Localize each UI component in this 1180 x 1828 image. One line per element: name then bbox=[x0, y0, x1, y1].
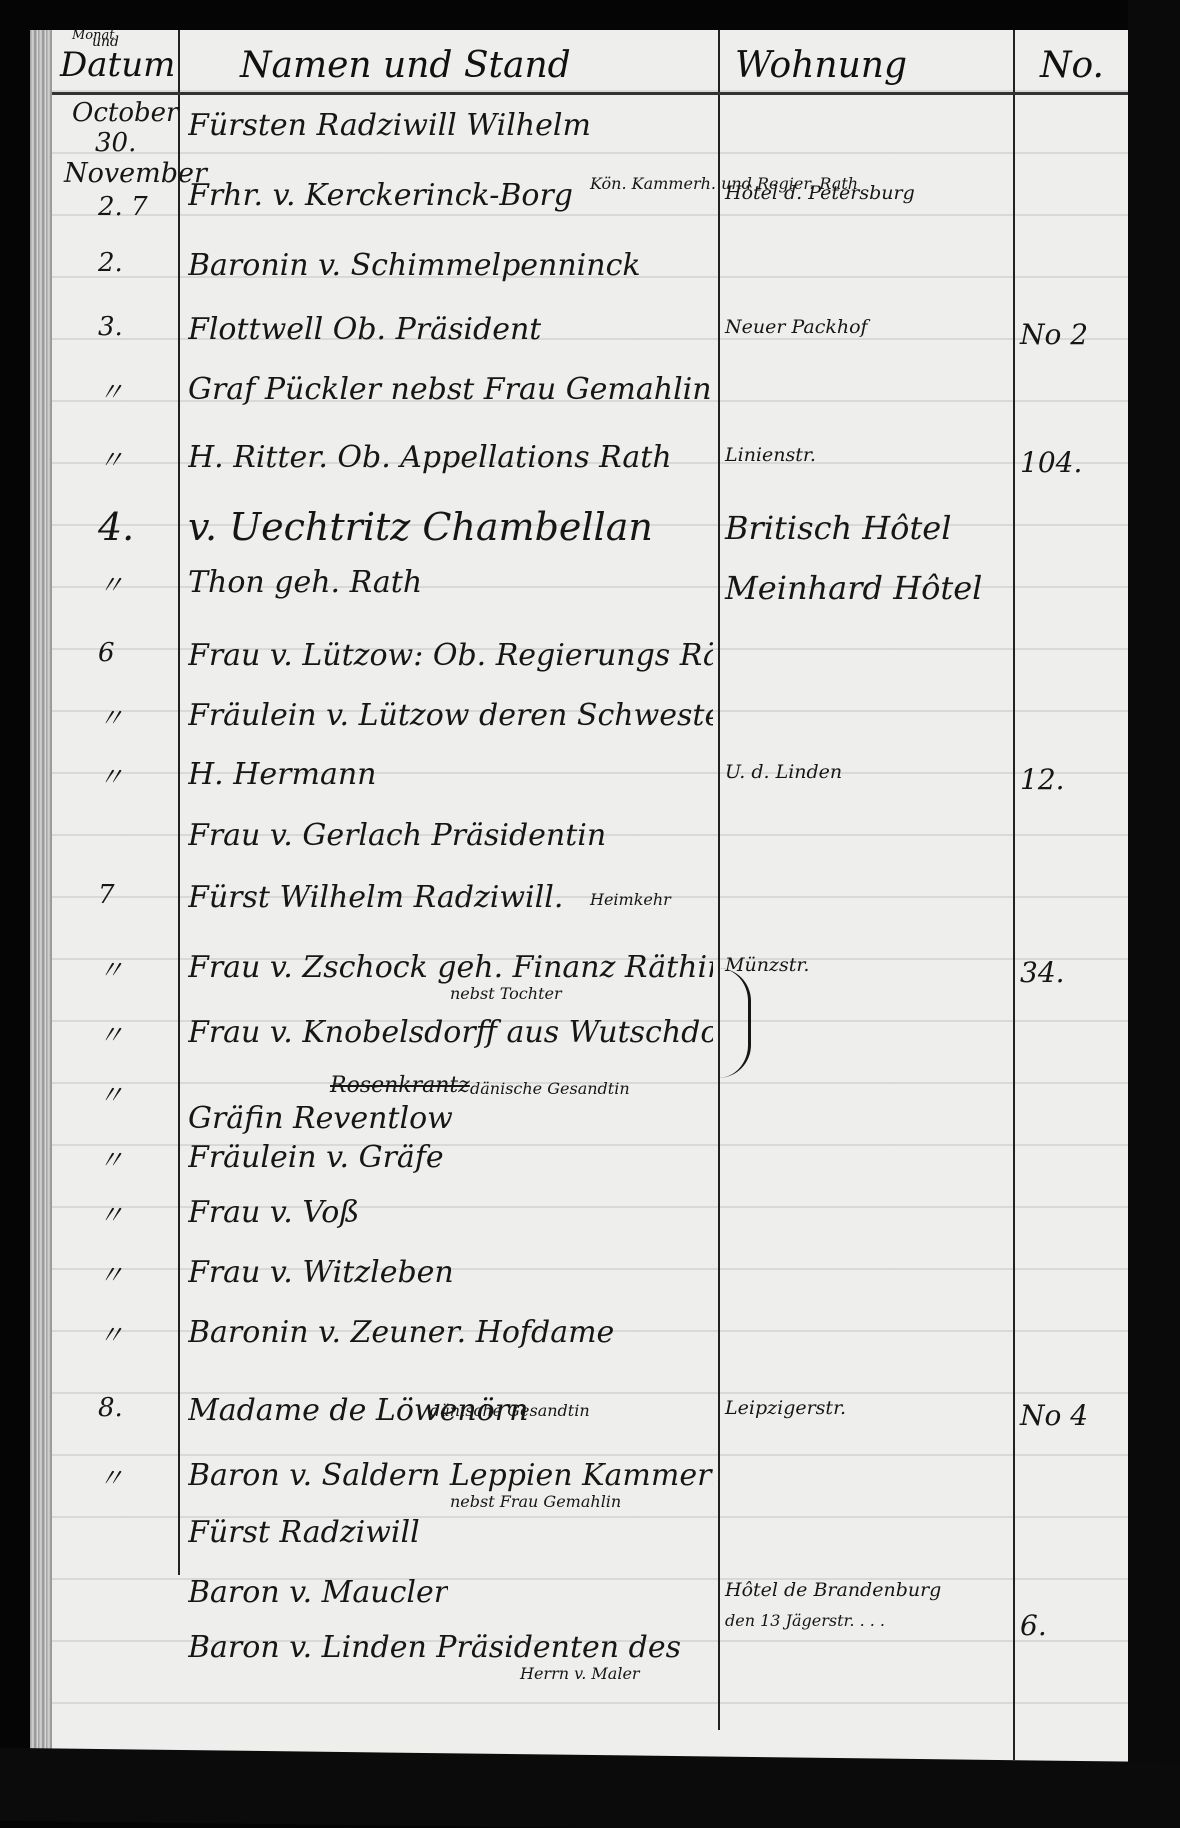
entry-date: 〃 bbox=[98, 1255, 124, 1292]
entry-number: No 2 bbox=[1020, 318, 1088, 351]
column-rule-residence bbox=[1013, 30, 1015, 1760]
month-november: November bbox=[64, 158, 207, 189]
entry-date: 〃 bbox=[98, 1075, 124, 1112]
entry-name: Fürst Wilhelm Radziwill. bbox=[188, 880, 563, 915]
entry-name: Fräulein v. Lützow deren Schwester bbox=[188, 698, 713, 733]
entry-number: No 4 bbox=[1020, 1399, 1088, 1432]
month-october: October bbox=[72, 98, 178, 128]
entry-residence: Britisch Hôtel bbox=[725, 509, 951, 547]
entry-date: 〃 bbox=[98, 698, 124, 735]
entry-date: 4. bbox=[98, 505, 134, 549]
header-date: Datum bbox=[60, 45, 175, 85]
entry-name: Thon geh. Rath bbox=[188, 565, 422, 600]
entry-date: 〃 bbox=[98, 950, 124, 987]
entry-date: 〃 bbox=[98, 565, 124, 602]
header-rule bbox=[52, 92, 1128, 95]
book-spine bbox=[1128, 0, 1180, 1828]
entry-residence-detail: den 13 Jägerstr. . . . bbox=[725, 1611, 885, 1630]
entry-number: 12. bbox=[1020, 763, 1065, 796]
entry-note: dänische Gesandtin bbox=[430, 1401, 590, 1420]
entry-date: 30. bbox=[95, 128, 136, 158]
entry-name: Graf Pückler nebst Frau Gemahlin bbox=[188, 372, 712, 407]
entry-name: Fürst Radziwill bbox=[188, 1515, 420, 1550]
entry-name: v. Uechtritz Chambellan bbox=[188, 505, 653, 549]
entry-date: 7 bbox=[98, 880, 115, 910]
header-number: No. bbox=[1040, 45, 1104, 86]
column-rule-name bbox=[718, 30, 720, 1730]
entry-date: 2. bbox=[98, 248, 123, 278]
page-binding-edge bbox=[30, 30, 52, 1765]
entry-date: 〃 bbox=[98, 440, 124, 477]
entry-residence: Münzstr. bbox=[725, 954, 809, 976]
entry-number: 34. bbox=[1020, 956, 1065, 989]
entry-date: 3. bbox=[98, 312, 123, 342]
entry-name: Frau v. Gerlach Präsidentin bbox=[188, 818, 606, 853]
entry-note: nebst Tochter bbox=[450, 984, 562, 1003]
entry-name: Frau v. Witzleben bbox=[188, 1255, 454, 1290]
entry-name: Baron v. Linden Präsidenten des bbox=[188, 1630, 681, 1665]
grouping-brace bbox=[718, 968, 751, 1078]
header-residence: Wohnung bbox=[735, 45, 907, 86]
entry-name: Gräfin Reventlow bbox=[188, 1101, 453, 1136]
entry-name-struck: Rosenkrantz bbox=[330, 1073, 470, 1098]
entry-date: 〃 bbox=[98, 1458, 124, 1495]
entry-number: 6. bbox=[1020, 1609, 1047, 1642]
entry-residence: Meinhard Hôtel bbox=[725, 569, 982, 607]
entry-name: Flottwell Ob. Präsident bbox=[188, 312, 541, 347]
entry-note: nebst Frau Gemahlin bbox=[450, 1492, 621, 1511]
entry-date: 2. 7 bbox=[98, 192, 148, 222]
entry-date: 〃 bbox=[98, 1140, 124, 1177]
entry-residence: Linienstr. bbox=[725, 444, 816, 466]
page-bottom-shadow bbox=[0, 1748, 1180, 1828]
entry-number: 104. bbox=[1020, 446, 1082, 479]
entry-name: Baron v. Saldern Leppien Kammerherr bbox=[188, 1458, 713, 1493]
entry-date: 〃 bbox=[98, 757, 124, 794]
entry-date: 6 bbox=[98, 638, 115, 668]
entry-residence: U. d. Linden bbox=[725, 761, 842, 783]
header-name: Namen und Stand bbox=[240, 45, 571, 86]
entry-name: H. Hermann bbox=[188, 757, 376, 792]
entry-name: Frau v. Zschock geh. Finanz Räthin bbox=[188, 950, 713, 985]
entry-note: Herrn v. Maler bbox=[520, 1664, 640, 1683]
entry-name: H. Ritter. Ob. Appellations Rath bbox=[188, 440, 672, 475]
entry-name: Frau v. Lützow: Ob. Regierungs Räthin bbox=[188, 638, 713, 673]
entry-residence: Leipzigerstr. bbox=[725, 1397, 846, 1419]
entry-name: Baronin v. Zeuner. Hofdame bbox=[188, 1315, 614, 1350]
entry-name: Fürsten Radziwill Wilhelm bbox=[188, 108, 591, 143]
entry-residence: Neuer Packhof bbox=[725, 316, 868, 338]
entry-date: 〃 bbox=[98, 372, 124, 409]
entry-residence: Hôtel de Brandenburg bbox=[725, 1579, 941, 1601]
entry-name: Frau v. Knobelsdorff aus Wutschdorff bbox=[188, 1015, 713, 1050]
entry-name: Frau v. Voß bbox=[188, 1195, 359, 1230]
entry-date: 〃 bbox=[98, 1315, 124, 1352]
entry-date: 8. bbox=[98, 1393, 123, 1423]
entry-note: Heimkehr bbox=[590, 890, 671, 909]
entry-name: Baronin v. Schimmelpenninck bbox=[188, 248, 641, 283]
entry-name: Frhr. v. Kerckerinck-Borg bbox=[188, 178, 573, 213]
entry-date: 〃 bbox=[98, 1195, 124, 1232]
column-rule-date bbox=[178, 30, 180, 1575]
entry-date: 〃 bbox=[98, 1015, 124, 1052]
entry-residence: Hôtel d. Petersburg bbox=[725, 182, 915, 204]
entry-name: Baron v. Maucler bbox=[188, 1575, 448, 1610]
entry-name: Fräulein v. Gräfe bbox=[188, 1140, 444, 1175]
entry-note: dänische Gesandtin bbox=[470, 1079, 630, 1098]
